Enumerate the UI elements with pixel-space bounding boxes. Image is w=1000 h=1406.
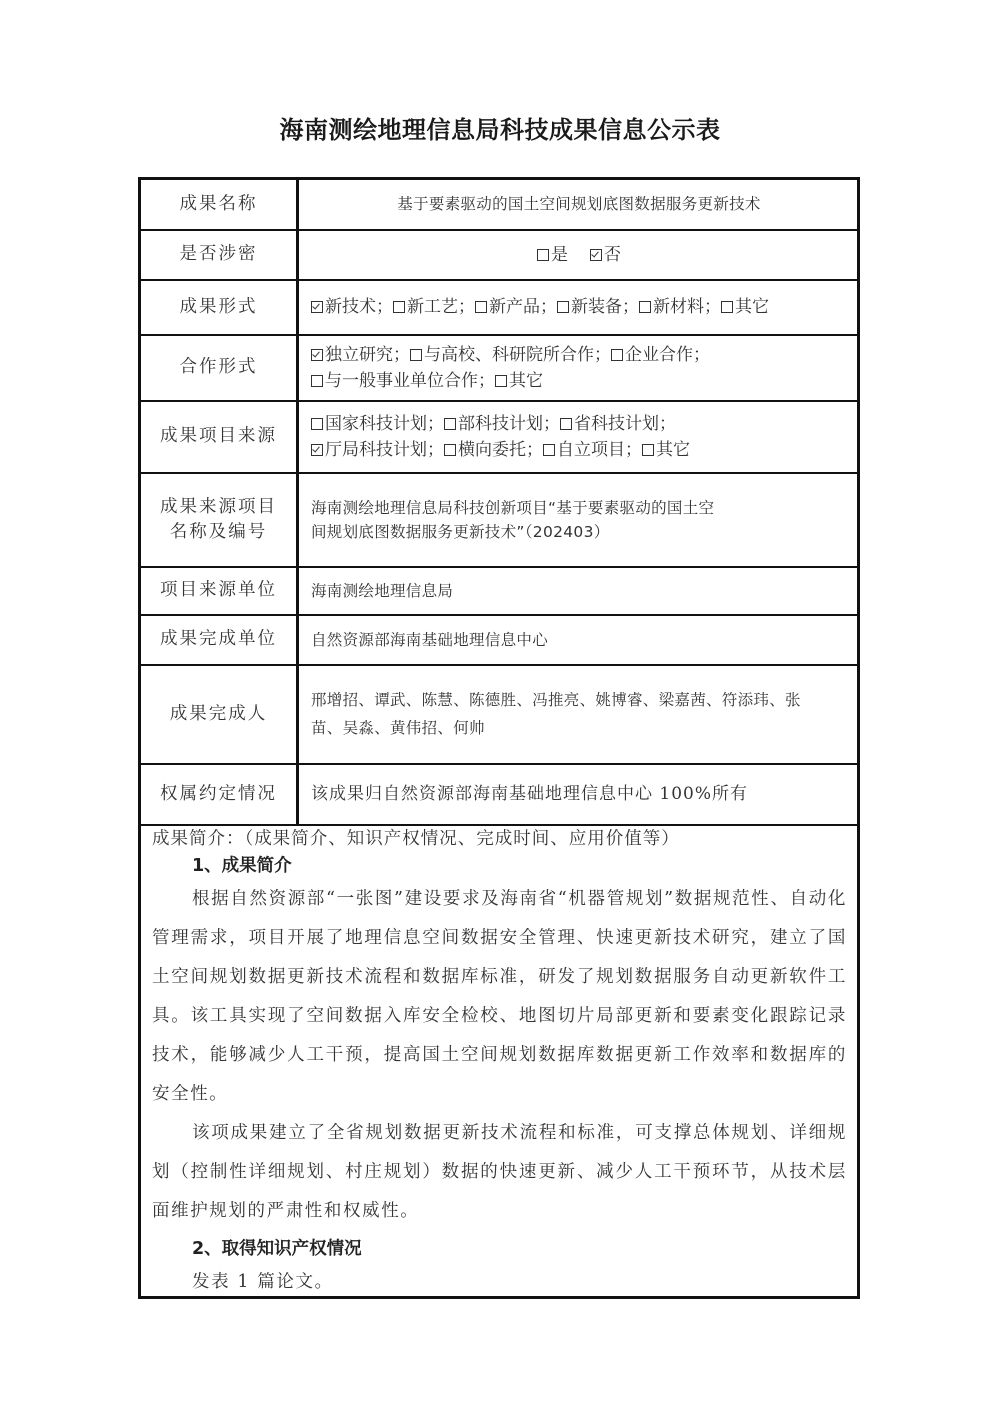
checkbox-unchecked-icon[interactable] bbox=[537, 249, 549, 261]
option-other[interactable]: 其它 bbox=[495, 371, 543, 391]
checkbox-unchecked-icon[interactable] bbox=[495, 375, 507, 387]
row-source-project: 成果来源项目名称及编号 海南测绘地理信息局科技创新项目“基于要素驱动的国土空间规… bbox=[141, 474, 857, 568]
row-completers: 成果完成人 邢增招、谭武、陈慧、陈德胜、冯推亮、姚博睿、梁嘉茜、符添玮、张苗、吴… bbox=[141, 666, 857, 765]
row-completion-unit: 成果完成单位 自然资源部海南基础地理信息中心 bbox=[141, 616, 857, 666]
checkbox-unchecked-icon[interactable] bbox=[311, 418, 323, 430]
option-other[interactable]: 其它 bbox=[721, 297, 769, 317]
checkbox-unchecked-icon[interactable] bbox=[444, 418, 456, 430]
page-title: 海南测绘地理信息局科技成果信息公示表 bbox=[0, 110, 1000, 145]
checkbox-checked-icon[interactable] bbox=[311, 301, 323, 313]
row-label: 权属约定情况 bbox=[141, 765, 299, 824]
completers-value: 邢增招、谭武、陈慧、陈德胜、冯推亮、姚博睿、梁嘉茜、符添玮、张苗、吴淼、黄伟招、… bbox=[299, 666, 857, 763]
checkbox-unchecked-icon[interactable] bbox=[444, 444, 456, 456]
checkbox-checked-icon[interactable] bbox=[590, 249, 602, 261]
row-label: 是否涉密 bbox=[141, 231, 299, 279]
row-label: 成果形式 bbox=[141, 281, 299, 334]
option-self-initiated[interactable]: 自立项目； bbox=[543, 440, 642, 460]
row-label: 成果来源项目名称及编号 bbox=[141, 474, 299, 566]
checkbox-checked-icon[interactable] bbox=[311, 444, 323, 456]
row-classified: 是否涉密 是 否 bbox=[141, 231, 857, 281]
row-label: 合作形式 bbox=[141, 336, 299, 400]
row-cooperation-form: 合作形式 独立研究；与高校、科研院所合作；企业合作； 与一般事业单位合作；其它 bbox=[141, 336, 857, 402]
option-horizontal-commission[interactable]: 横向委托； bbox=[444, 440, 543, 460]
summary-paragraph: 该项成果建立了全省规划数据更新技术流程和标准，可支撑总体规划、详细规划（控制性详… bbox=[152, 1114, 847, 1231]
achievement-name-value: 基于要素驱动的国土空间规划底图数据服务更新技术 bbox=[299, 180, 857, 229]
option-university-cooperation[interactable]: 与高校、科研院所合作； bbox=[410, 345, 611, 365]
source-project-value: 海南测绘地理信息局科技创新项目“基于要素驱动的国土空间规划底图数据服务更新技术”… bbox=[299, 474, 857, 566]
option-yes[interactable]: 是 bbox=[537, 242, 568, 268]
row-label: 成果完成人 bbox=[141, 666, 299, 763]
checkbox-unchecked-icon[interactable] bbox=[557, 301, 569, 313]
option-enterprise-cooperation[interactable]: 企业合作； bbox=[611, 345, 710, 365]
option-no[interactable]: 否 bbox=[590, 242, 621, 268]
row-achievement-form: 成果形式 新技术；新工艺；新产品；新装备；新材料；其它 bbox=[141, 281, 857, 336]
option-public-institution-cooperation[interactable]: 与一般事业单位合作； bbox=[311, 371, 495, 391]
option-ministry-program[interactable]: 部科技计划； bbox=[444, 414, 560, 434]
ownership-value: 该成果归自然资源部海南基础地理信息中心 100%所有 bbox=[299, 765, 857, 824]
checkbox-unchecked-icon[interactable] bbox=[721, 301, 733, 313]
row-label: 成果名称 bbox=[141, 180, 299, 229]
checkbox-unchecked-icon[interactable] bbox=[611, 349, 623, 361]
source-unit-value: 海南测绘地理信息局 bbox=[299, 568, 857, 614]
row-label: 项目来源单位 bbox=[141, 568, 299, 614]
completion-unit-value: 自然资源部海南基础地理信息中心 bbox=[299, 616, 857, 664]
checkbox-unchecked-icon[interactable] bbox=[393, 301, 405, 313]
row-label: 成果完成单位 bbox=[141, 616, 299, 664]
summary-paragraph: 根据自然资源部“一张图”建设要求及海南省“机器管规划”数据规范性、自动化管理需求… bbox=[152, 880, 847, 1114]
option-new-material[interactable]: 新材料； bbox=[639, 297, 721, 317]
option-other[interactable]: 其它 bbox=[642, 440, 690, 460]
row-label: 成果项目来源 bbox=[141, 402, 299, 472]
info-table: 成果名称 基于要素驱动的国土空间规划底图数据服务更新技术 是否涉密 是 否 成果… bbox=[138, 177, 860, 1299]
option-new-equipment[interactable]: 新装备； bbox=[557, 297, 639, 317]
option-provincial-program[interactable]: 省科技计划； bbox=[560, 414, 676, 434]
option-new-process[interactable]: 新工艺； bbox=[393, 297, 475, 317]
option-national-program[interactable]: 国家科技计划； bbox=[311, 414, 444, 434]
checkbox-unchecked-icon[interactable] bbox=[639, 301, 651, 313]
classified-options: 是 否 bbox=[299, 231, 857, 279]
checkbox-checked-icon[interactable] bbox=[311, 349, 323, 361]
row-project-source: 成果项目来源 国家科技计划；部科技计划；省科技计划； 厅局科技计划；横向委托；自… bbox=[141, 402, 857, 474]
row-source-unit: 项目来源单位 海南测绘地理信息局 bbox=[141, 568, 857, 616]
checkbox-unchecked-icon[interactable] bbox=[311, 375, 323, 387]
option-new-technology[interactable]: 新技术； bbox=[311, 297, 393, 317]
section-heading: 2、取得知识产权情况 bbox=[152, 1231, 847, 1267]
checkbox-unchecked-icon[interactable] bbox=[543, 444, 555, 456]
ip-paragraph: 发表 1 篇论文。 bbox=[152, 1267, 847, 1297]
option-bureau-program[interactable]: 厅局科技计划； bbox=[311, 440, 444, 460]
form-options: 新技术；新工艺；新产品；新装备；新材料；其它 bbox=[299, 281, 857, 334]
checkbox-unchecked-icon[interactable] bbox=[642, 444, 654, 456]
row-achievement-name: 成果名称 基于要素驱动的国土空间规划底图数据服务更新技术 bbox=[141, 180, 857, 231]
source-options: 国家科技计划；部科技计划；省科技计划； 厅局科技计划；横向委托；自立项目；其它 bbox=[299, 402, 857, 472]
row-ownership: 权属约定情况 该成果归自然资源部海南基础地理信息中心 100%所有 bbox=[141, 765, 857, 826]
summary-section: 成果简介：（成果简介、知识产权情况、完成时间、应用价值等） 1、成果简介 根据自… bbox=[141, 826, 857, 1297]
checkbox-unchecked-icon[interactable] bbox=[475, 301, 487, 313]
cooperation-options: 独立研究；与高校、科研院所合作；企业合作； 与一般事业单位合作；其它 bbox=[299, 336, 857, 400]
section-heading: 1、成果简介 bbox=[152, 852, 847, 880]
option-new-product[interactable]: 新产品； bbox=[475, 297, 557, 317]
checkbox-unchecked-icon[interactable] bbox=[560, 418, 572, 430]
checkbox-unchecked-icon[interactable] bbox=[410, 349, 422, 361]
summary-hint: 成果简介：（成果简介、知识产权情况、完成时间、应用价值等） bbox=[152, 826, 847, 852]
option-independent-research[interactable]: 独立研究； bbox=[311, 345, 410, 365]
